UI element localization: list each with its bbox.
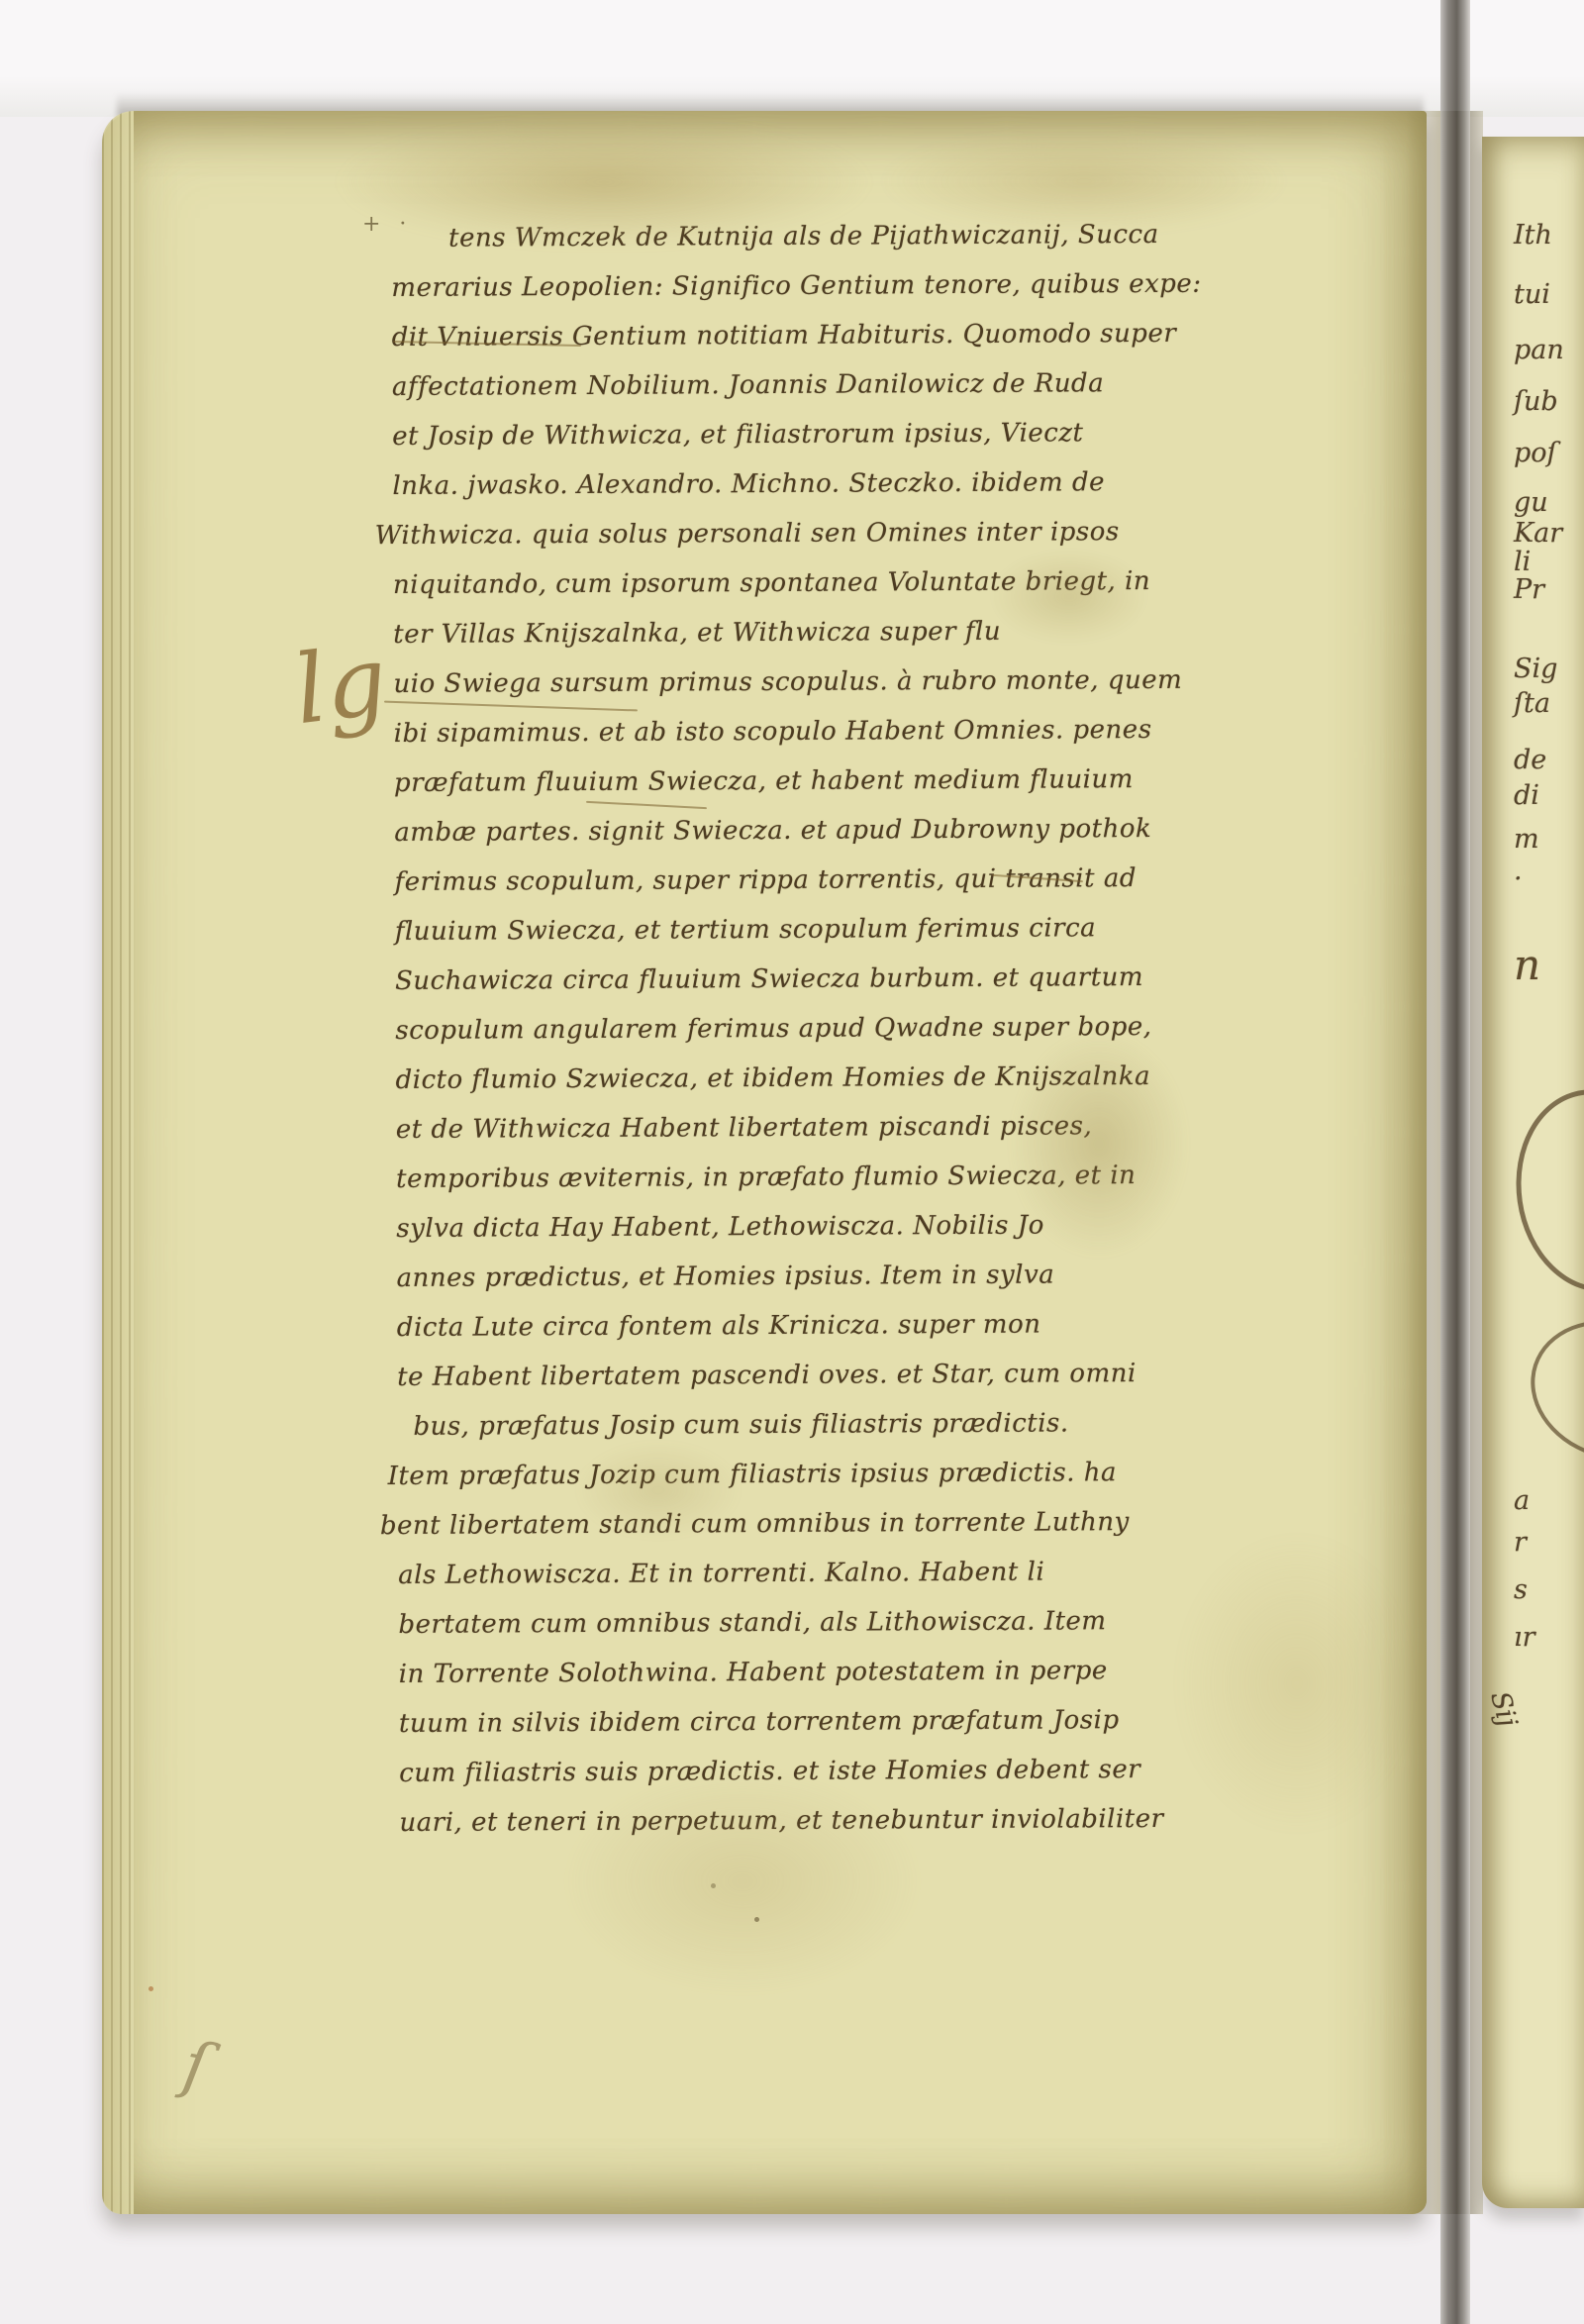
ink-bleedthrough bbox=[990, 550, 1148, 644]
manuscript-text-line: sylva dicta Hay Habent, Lethowiscza. Nob… bbox=[396, 1199, 1386, 1254]
manuscript-text-line: ferimus scopulum, super rippa torrentis,… bbox=[394, 853, 1384, 907]
recto-line-fragment: ſta bbox=[1514, 688, 1550, 719]
ink-bleedthrough bbox=[1010, 1030, 1188, 1258]
recto-line-fragment: Pr bbox=[1514, 574, 1544, 605]
page-stack-edges bbox=[102, 111, 134, 2214]
recto-line-fragment: Sij bbox=[1484, 1688, 1523, 1730]
manuscript-text-line: Suchawicza circa fluuium Swiecza burbum.… bbox=[395, 952, 1385, 1006]
manuscript-photo: tens Wmczek de Kutnija als de Pijathwicz… bbox=[0, 0, 1584, 2324]
recto-line-fragment: di bbox=[1514, 780, 1539, 811]
manuscript-text-line: Withwicza. quia solus personali sen Omin… bbox=[375, 506, 1383, 560]
manuscript-text-line: dit Vniuersis Gentium notitiam Habituris… bbox=[392, 308, 1382, 362]
manuscript-text-line: et Josip de Withwicza, et filiastrorum i… bbox=[392, 407, 1382, 461]
manuscript-text-line: ambæ partes. signit Swiecza. et apud Dub… bbox=[394, 803, 1384, 858]
manuscript-text-line: scopulum angularem ferimus apud Qwadne s… bbox=[395, 1001, 1385, 1056]
manuscript-text-line: ibi sipamimus. et ab isto scopulo Habent… bbox=[394, 704, 1384, 758]
manuscript-text-line: fluuium Swiecza, et tertium scopulum fer… bbox=[395, 902, 1385, 957]
recto-line-fragment: pan bbox=[1514, 335, 1564, 365]
ink-dot bbox=[711, 1883, 716, 1888]
ink-bleedthrough bbox=[574, 1441, 742, 1540]
rust-speck bbox=[148, 1986, 153, 1991]
page-stain bbox=[1168, 1525, 1426, 1842]
margin-cross-mark: + · bbox=[362, 212, 412, 237]
recto-line-fragment: Kar bbox=[1514, 518, 1562, 549]
recto-line-fragment: Ith bbox=[1514, 220, 1552, 251]
recto-line-fragment: m bbox=[1514, 824, 1539, 855]
recto-line-fragment: Sig bbox=[1514, 654, 1557, 684]
manuscript-text-line: præfatum fluuium Swiecza, et habent medi… bbox=[394, 754, 1384, 808]
manuscript-text-line: uio Swiega sursum primus scopulus. à rub… bbox=[393, 655, 1383, 709]
book-clamp-bar bbox=[1440, 0, 1470, 2324]
ink-dot bbox=[754, 1917, 759, 1922]
manuscript-text-line: merarius Leopolien: Significo Gentium te… bbox=[391, 258, 1381, 313]
recto-line-fragment: ſub bbox=[1514, 386, 1558, 417]
manuscript-text-line: dicto flumio Szwiecza, et ibidem Homies … bbox=[395, 1051, 1385, 1105]
recto-line-fragment: gu bbox=[1514, 487, 1548, 518]
recto-line-fragment: poſ bbox=[1514, 438, 1557, 468]
page-stain bbox=[554, 1763, 931, 2000]
manuscript-text-line: te Habent libertatem pascendi oves. et S… bbox=[397, 1348, 1387, 1402]
manuscript-text-line: Item præfatus Jozip cum filiastris ipsiu… bbox=[388, 1447, 1388, 1501]
recto-line-fragment: tui bbox=[1514, 279, 1550, 310]
recto-line-fragment: a bbox=[1514, 1485, 1530, 1516]
manuscript-text-line: temporibus æviternis, in præfato flumio … bbox=[396, 1150, 1386, 1204]
manuscript-text-line: lnka. jwasko. Alexandro. Michno. Steczko… bbox=[392, 456, 1382, 511]
recto-line-fragment: de bbox=[1514, 745, 1546, 775]
manuscript-text-line: annes prædictus, et Homies ipsius. Item … bbox=[396, 1249, 1386, 1303]
recto-line-fragment: n bbox=[1514, 941, 1540, 989]
manuscript-text-line: ter Villas Knijszalnka, et Withwicza sup… bbox=[393, 605, 1383, 659]
margin-flourish: lg bbox=[289, 625, 393, 746]
manuscript-text-line: et de Withwicza Habent libertatem piscan… bbox=[396, 1100, 1386, 1155]
recto-line-fragment: ır bbox=[1514, 1622, 1535, 1653]
recto-line-fragment: li bbox=[1514, 547, 1531, 577]
recto-line-fragment: r bbox=[1514, 1527, 1527, 1558]
recto-line-fragment: · bbox=[1514, 863, 1523, 894]
manuscript-text-line: niquitando, cum ipsorum spontanea Volunt… bbox=[393, 556, 1383, 610]
manuscript-text-line: dicta Lute circa fontem als Krinicza. su… bbox=[397, 1298, 1387, 1353]
page-stain bbox=[871, 127, 1297, 236]
manuscript-text-line: bus, præfatus Josip cum suis filiastris … bbox=[397, 1397, 1387, 1452]
recto-line-fragment: s bbox=[1514, 1574, 1528, 1605]
manuscript-text-line: affectationem Nobilium. Joannis Danilowi… bbox=[392, 357, 1382, 412]
